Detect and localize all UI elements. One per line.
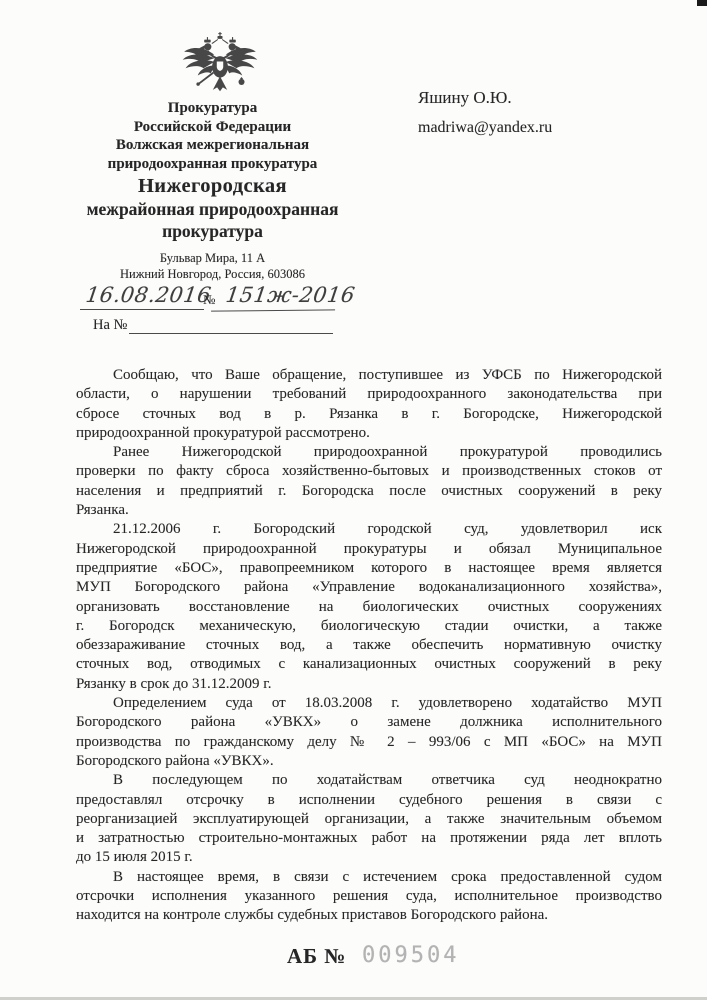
body-line: Ранее Нижегородской природоохранной прок…	[76, 443, 662, 462]
org-line: Прокуратура	[40, 99, 385, 118]
org-line: Российской Федерации	[40, 118, 385, 137]
body-paragraph: В настоящее время, в связи с истечением …	[76, 868, 662, 926]
body-line: Рязанка.	[76, 501, 662, 520]
body-paragraph: 21.12.2006 г. Богородский городской суд,…	[76, 520, 662, 694]
date-underline	[80, 295, 204, 310]
number-underline	[211, 295, 335, 311]
body-paragraph: В последующем по ходатайствам ответчика …	[76, 771, 662, 867]
address-line: Нижний Новгород, Россия, 603086	[40, 267, 385, 283]
body-line: г. Богородск механическую, биологическую…	[76, 617, 662, 636]
unit-name-line: прокуратура	[40, 221, 385, 243]
unit-name-line: Нижегородская	[40, 173, 385, 199]
org-line: Волжская межрегиональная	[40, 136, 385, 155]
address-line: Бульвар Мира, 11 А	[40, 251, 385, 267]
body-line: В последующем по ходатайствам ответчика …	[76, 771, 662, 790]
body-line: предприятие «БОС», правопреемником котор…	[76, 559, 662, 578]
body-line: сточных вод, отводимых с канализационных…	[76, 655, 662, 674]
body-line: Рязанку в срок до 31.12.2009 г.	[76, 675, 662, 694]
incoming-number-label: На №	[93, 317, 127, 334]
form-series-label: АБ №	[287, 944, 346, 969]
body-line: реорганизацией эксплуатирующей организац…	[76, 810, 662, 829]
scan-artifact-mark	[697, 0, 707, 6]
body-line: природоохранной прокуратурой рассмотрено…	[76, 424, 662, 443]
body-line: обеззараживание сточных вод, а также обе…	[76, 636, 662, 655]
body-line: Определением суда от 18.03.2008 г. удовл…	[76, 694, 662, 713]
body-paragraph: Ранее Нижегородской природоохранной прок…	[76, 443, 662, 520]
body-line: до 15 июля 2015 г.	[76, 848, 662, 867]
recipient-name: Яшину О.Ю.	[418, 88, 512, 108]
body-line: В настоящее время, в связи с истечением …	[76, 868, 662, 887]
body-line: находится на контроле службы судебных пр…	[76, 906, 662, 925]
coat-of-arms-icon	[176, 31, 264, 102]
body-line: отсрочки исполнения указанного решения с…	[76, 887, 662, 906]
unit-name-line: межрайонная природоохранная	[40, 199, 385, 221]
body-line: МУП Богородского района «Управление водо…	[76, 578, 662, 597]
body-line: Богородского района «УВКХ».	[76, 752, 662, 771]
body-line: производства по гражданскому делу № 2 – …	[76, 733, 662, 752]
body-line: 21.12.2006 г. Богородский городской суд,…	[76, 520, 662, 539]
form-serial-number: 009504	[362, 943, 459, 968]
body-line: сбросе сточных вод в р. Рязанка в г. Бог…	[76, 405, 662, 424]
recipient-email: madriwa@yandex.ru	[418, 119, 552, 137]
body-line: проверки по факту сброса хозяйственно-бы…	[76, 462, 662, 481]
body-line: предоставлял отсрочку в исполнении судеб…	[76, 791, 662, 810]
body-line: Нижегородской природоохранной прокуратур…	[76, 540, 662, 559]
body-paragraph: Сообщаю, что Ваше обращение, поступившее…	[76, 366, 662, 443]
org-line: природоохранная прокуратура	[40, 155, 385, 174]
body-line: населения и предприятий г. Богородска по…	[76, 482, 662, 501]
letterhead-address: Бульвар Мира, 11 А Нижний Новгород, Росс…	[40, 251, 385, 282]
body-paragraph: Определением суда от 18.03.2008 г. удовл…	[76, 694, 662, 771]
letterhead: Прокуратура Российской Федерации Волжска…	[40, 99, 385, 242]
body-line: организовать восстановление на биологиче…	[76, 598, 662, 617]
letter-body: Сообщаю, что Ваше обращение, поступившее…	[76, 366, 662, 926]
incoming-number-underline	[129, 319, 333, 334]
scanned-letter-page: Прокуратура Российской Федерации Волжска…	[0, 0, 707, 1000]
body-line: Богородского района «УВКХ» о замене долж…	[76, 713, 662, 732]
body-line: области, о нарушении требований природоо…	[76, 385, 662, 404]
body-line: Сообщаю, что Ваше обращение, поступившее…	[76, 366, 662, 385]
body-line: и затратностью строительно-монтажных раб…	[76, 829, 662, 848]
